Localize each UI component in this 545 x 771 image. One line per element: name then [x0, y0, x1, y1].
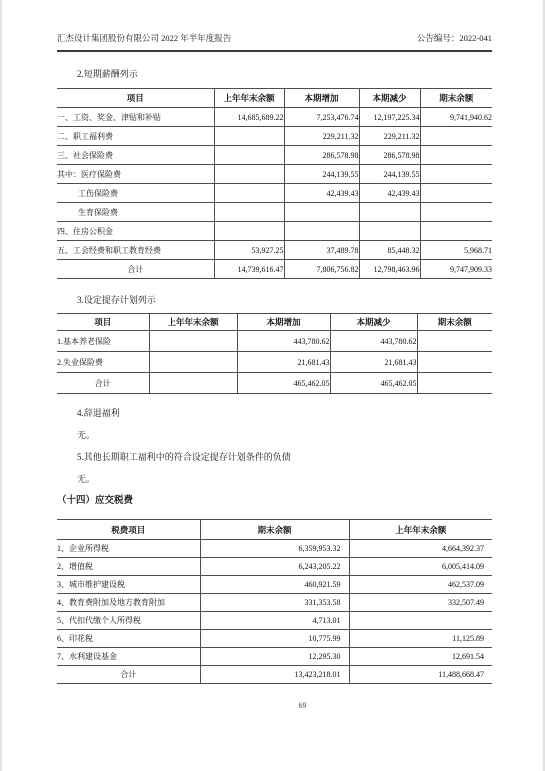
cell-value: 286,578.98 [284, 146, 359, 165]
column-header: 上年年末余额 [214, 89, 284, 108]
column-header: 期末余额 [417, 314, 492, 331]
cell-value: 244,139.55 [284, 165, 359, 184]
table-row: 五、工会经费和职工教育经费 53,927.25 37,489.78 85,448… [57, 241, 492, 260]
cell-value: 12,798,463.96 [359, 260, 420, 279]
row-label: 5、代扣代缴个人所得税 [57, 612, 200, 630]
table-total-row: 合计 13,423,218.01 11,488,668.47 [57, 666, 492, 684]
cell-value: 11,125.89 [349, 630, 492, 648]
cell-value: 7,806,756.82 [284, 260, 359, 279]
cell-value [149, 373, 237, 394]
cell-value: 14,685,689.22 [214, 108, 284, 127]
cell-value: 6,243,205.22 [200, 558, 349, 576]
cell-value: 4,664,392.37 [349, 540, 492, 558]
cell-value: 465,462.05 [330, 373, 417, 394]
cell-value: 229,211.32 [284, 127, 359, 146]
cell-value: 244,139.55 [359, 165, 420, 184]
cell-value: 13,423,218.01 [200, 666, 349, 684]
cell-value [214, 222, 284, 241]
cell-value [420, 184, 492, 203]
section-title-short-term-compensation: 2.短期薪酬列示 [77, 69, 492, 80]
cell-value [359, 222, 420, 241]
cell-value: 21,681.43 [237, 352, 330, 373]
cell-value: 42,439.43 [359, 184, 420, 203]
cell-value: 12,197,225.34 [359, 108, 420, 127]
row-label: 其中：医疗保险费 [57, 165, 214, 184]
section-title-other-long-term-benefits: 5.其他长期职工福利中的符合设定提存计划条件的负债 [77, 452, 492, 463]
cell-value: 443,780.62 [237, 331, 330, 352]
other-long-term-benefits-body: 无。 [77, 474, 492, 485]
cell-value [149, 331, 237, 352]
column-header: 项目 [57, 89, 214, 108]
cell-value: 7,253,476.74 [284, 108, 359, 127]
cell-value [349, 612, 492, 630]
cell-value: 14,739,616.47 [214, 260, 284, 279]
cell-value [420, 165, 492, 184]
cell-value [214, 127, 284, 146]
table-row: 二、职工福利费 229,211.32 229,211.32 [57, 127, 492, 146]
cell-value [214, 165, 284, 184]
page-content: 汇杰设计集团股份有限公司 2022 年半年度报告 公告编号：2022-041 2… [57, 0, 492, 684]
cell-value [359, 203, 420, 222]
row-label: 二、职工福利费 [57, 127, 214, 146]
section-title-taxes-payable: （十四）应交税费 [57, 495, 492, 507]
table-row: 2.失业保险费 21,681.43 21,681.43 [57, 352, 492, 373]
cell-value: 42,439.43 [284, 184, 359, 203]
cell-value: 9,747,909.33 [420, 260, 492, 279]
short-term-compensation-table: 项目 上年年末余额 本期增加 本期减少 期末余额 一、工资、奖金、津贴和补贴 1… [57, 88, 492, 279]
report-page: 汇杰设计集团股份有限公司 2022 年半年度报告 公告编号：2022-041 2… [0, 0, 545, 771]
cell-value [417, 331, 492, 352]
cell-value [149, 352, 237, 373]
cell-value [420, 222, 492, 241]
table-row: 生育保险费 [57, 203, 492, 222]
cell-value: 12,295.30 [200, 648, 349, 666]
table-row: 工伤保险费 42,439.43 42,439.43 [57, 184, 492, 203]
cell-value: 37,489.78 [284, 241, 359, 260]
cell-value: 11,488,668.47 [349, 666, 492, 684]
column-header: 上年年末余额 [349, 520, 492, 540]
column-header: 期末余额 [200, 520, 349, 540]
cell-value: 10,775.99 [200, 630, 349, 648]
cell-value [420, 203, 492, 222]
row-label: 7、水利建设基金 [57, 648, 200, 666]
page-number: 69 [2, 701, 543, 710]
cell-value: 229,211.32 [359, 127, 420, 146]
taxes-payable-table: 税费项目 期末余额 上年年末余额 1、企业所得税 6,359,953.32 4,… [57, 519, 492, 684]
cell-value [420, 146, 492, 165]
document-header: 汇杰设计集团股份有限公司 2022 年半年度报告 公告编号：2022-041 [57, 0, 492, 52]
table-row: 四、住房公积金 [57, 222, 492, 241]
row-label: 合计 [57, 373, 149, 394]
table-row: 6、印花税 10,775.99 11,125.89 [57, 630, 492, 648]
cell-value: 9,741,940.62 [420, 108, 492, 127]
cell-value: 6,359,953.32 [200, 540, 349, 558]
row-label: 2、增值税 [57, 558, 200, 576]
cell-value: 331,353.58 [200, 594, 349, 612]
section-title-defined-contribution: 3.设定提存计划列示 [77, 295, 492, 306]
row-label: 合计 [57, 666, 200, 684]
cell-value [284, 203, 359, 222]
cell-value: 4,713.01 [200, 612, 349, 630]
row-label: 生育保险费 [57, 203, 214, 222]
table-row: 1.基本养老保险 443,780.62 443,780.62 [57, 331, 492, 352]
cell-value [417, 373, 492, 394]
table-row: 一、工资、奖金、津贴和补贴 14,685,689.22 7,253,476.74… [57, 108, 492, 127]
table-row: 3、城市维护建设税 460,921.59 462,537.09 [57, 576, 492, 594]
cell-value: 465,462.05 [237, 373, 330, 394]
cell-value: 462,537.09 [349, 576, 492, 594]
section-title-termination-benefits: 4.辞退福利 [77, 408, 492, 419]
cell-value [214, 146, 284, 165]
column-header: 上年年末余额 [149, 314, 237, 331]
row-label: 四、住房公积金 [57, 222, 214, 241]
row-label: 6、印花税 [57, 630, 200, 648]
row-label: 2.失业保险费 [57, 352, 149, 373]
table-row: 三、社会保险费 286,578.98 286,578.98 [57, 146, 492, 165]
cell-value [420, 127, 492, 146]
row-label: 1.基本养老保险 [57, 331, 149, 352]
column-header: 本期减少 [359, 89, 420, 108]
cell-value: 6,005,414.09 [349, 558, 492, 576]
table-header-row: 项目 上年年末余额 本期增加 本期减少 期末余额 [57, 89, 492, 108]
report-title: 汇杰设计集团股份有限公司 2022 年半年度报告 [57, 33, 231, 44]
row-label: 三、社会保险费 [57, 146, 214, 165]
table-row: 4、教育费附加及地方教育附加 331,353.58 332,507.49 [57, 594, 492, 612]
cell-value: 460,921.59 [200, 576, 349, 594]
cell-value [214, 184, 284, 203]
table-row: 5、代扣代缴个人所得税 4,713.01 [57, 612, 492, 630]
row-label: 1、企业所得税 [57, 540, 200, 558]
defined-contribution-table: 项目 上年年末余额 本期增加 本期减少 期末余额 1.基本养老保险 443,78… [57, 313, 492, 394]
row-label: 工伤保险费 [57, 184, 214, 203]
cell-value: 85,448.32 [359, 241, 420, 260]
row-label: 3、城市维护建设税 [57, 576, 200, 594]
cell-value [417, 352, 492, 373]
table-row: 1、企业所得税 6,359,953.32 4,664,392.37 [57, 540, 492, 558]
table-row: 7、水利建设基金 12,295.30 12,691.54 [57, 648, 492, 666]
row-label: 4、教育费附加及地方教育附加 [57, 594, 200, 612]
termination-benefits-body: 无。 [77, 430, 492, 441]
table-header-row: 税费项目 期末余额 上年年末余额 [57, 520, 492, 540]
cell-value [284, 222, 359, 241]
row-label: 一、工资、奖金、津贴和补贴 [57, 108, 214, 127]
column-header: 本期增加 [237, 314, 330, 331]
column-header: 期末余额 [420, 89, 492, 108]
table-header-row: 项目 上年年末余额 本期增加 本期减少 期末余额 [57, 314, 492, 331]
cell-value: 12,691.54 [349, 648, 492, 666]
cell-value: 53,927.25 [214, 241, 284, 260]
column-header: 税费项目 [57, 520, 200, 540]
cell-value [214, 203, 284, 222]
cell-value: 21,681.43 [330, 352, 417, 373]
column-header: 本期增加 [284, 89, 359, 108]
row-label: 合计 [57, 260, 214, 279]
column-header: 项目 [57, 314, 149, 331]
cell-value: 286,578.98 [359, 146, 420, 165]
cell-value: 332,507.49 [349, 594, 492, 612]
column-header: 本期减少 [330, 314, 417, 331]
table-row: 2、增值税 6,243,205.22 6,005,414.09 [57, 558, 492, 576]
table-row: 其中：医疗保险费 244,139.55 244,139.55 [57, 165, 492, 184]
cell-value: 443,780.62 [330, 331, 417, 352]
cell-value: 5,968.71 [420, 241, 492, 260]
announcement-number: 公告编号：2022-041 [417, 33, 492, 44]
table-total-row: 合计 14,739,616.47 7,806,756.82 12,798,463… [57, 260, 492, 279]
table-total-row: 合计 465,462.05 465,462.05 [57, 373, 492, 394]
row-label: 五、工会经费和职工教育经费 [57, 241, 214, 260]
